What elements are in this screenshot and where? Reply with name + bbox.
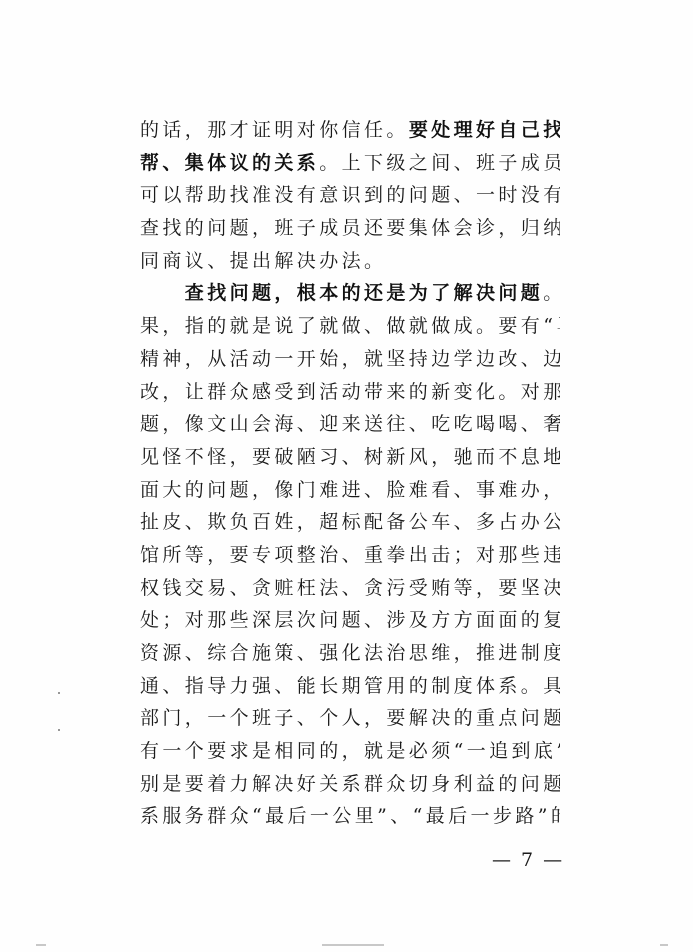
page-number: — 7 —: [492, 849, 564, 871]
text-segment: 改，让群众感受到活动带来的新变化。对那些习以为常的问: [140, 381, 560, 403]
text-segment: 馆所等，要专项整治、重拳出击；对那些违法乱纪问题，像: [140, 544, 560, 566]
text-line: 见怪不怪，要破陋习、树新风，驰而不息地改；对那些影响: [140, 441, 560, 474]
text-segment: 。上下级之间、班子成员之间知根知底，: [319, 152, 560, 174]
text-line: 别是要着力解决好关系群众切身利益的问题，着力解决好联: [140, 768, 560, 801]
text-line: 面大的问题，像门难进、脸难看、事难办，吃拿卡要、推诿: [140, 474, 560, 507]
text-segment: 系服务群众“最后一公里”、“最后一步路”的问题。活动: [140, 805, 560, 827]
text-segment: 。言必信、行必: [543, 282, 560, 304]
scan-artifact-mark: [322, 944, 384, 946]
text-segment: 资源、综合施策、强化法治思维，推进制度创新，建立行得: [140, 642, 560, 664]
bold-text-segment: 帮、集体议的关系: [140, 152, 319, 174]
text-line: 处；对那些深层次问题、涉及方方面面的复杂问题，要整合: [140, 604, 560, 637]
text-line: 改，让群众感受到活动带来的新变化。对那些习以为常的问: [140, 376, 560, 409]
text-segment: 查找的问题，班子成员还要集体会诊，归纳出几个方面，共: [140, 217, 560, 239]
text-line: 资源、综合施策、强化法治思维，推进制度创新，建立行得: [140, 637, 560, 670]
text-segment: 可以帮助找准没有意识到的问题、一时没有看清的问题。对: [140, 184, 560, 206]
text-line: 扯皮、欺负百姓，超标配备公车、多占办公用房、滥建楼堂: [140, 506, 560, 539]
scan-artifact-mark: [660, 944, 668, 946]
text-line: 帮、集体议的关系。上下级之间、班子成员之间知根知底，: [140, 147, 560, 180]
text-segment: 精神，从活动一开始，就坚持边学边改、边查边改、立行立: [140, 348, 560, 370]
text-line: 查找的问题，班子成员还要集体会诊，归纳出几个方面，共: [140, 212, 560, 245]
text-line: 通、指导力强、能长期管用的制度体系。具体到一个地方、: [140, 670, 560, 703]
text-segment: 见怪不怪，要破陋习、树新风，驰而不息地改；对那些影响: [140, 446, 560, 468]
text-segment: 面大的问题，像门难进、脸难看、事难办，吃拿卡要、推诿: [140, 479, 560, 501]
text-line: 查找问题，根本的还是为了解决问题。言必信、行必: [140, 277, 560, 310]
text-line: 部门，一个班子、个人，要解决的重点问题会有所不同，但: [140, 702, 560, 735]
text-line: 有一个要求是相同的，就是必须“一追到底”抓整改。特: [140, 735, 560, 768]
text-segment: 处；对那些深层次问题、涉及方方面面的复杂问题，要整合: [140, 609, 560, 631]
document-page: 的话，那才证明对你信任。要处理好自己找与上级点、互相帮、集体议的关系。上下级之间…: [0, 0, 693, 952]
text-line: 果，指的就是说了就做、做就做成。要有“马上就办”的: [140, 310, 560, 343]
body-text: 的话，那才证明对你信任。要处理好自己找与上级点、互相帮、集体议的关系。上下级之间…: [140, 114, 560, 833]
text-segment: 权钱交易、贪赃枉法、贪污受贿等，要坚决依法依纪严厉查: [140, 577, 560, 599]
text-segment: 果，指的就是说了就做、做就做成。要有“马上就办”的: [140, 315, 560, 337]
text-line: 馆所等，要专项整治、重拳出击；对那些违法乱纪问题，像: [140, 539, 560, 572]
scan-artifact-dot: [58, 692, 60, 694]
text-line: 权钱交易、贪赃枉法、贪污受贿等，要坚决依法依纪严厉查: [140, 572, 560, 605]
bold-text-segment: 要处理好自己找与上级点、互相: [409, 119, 560, 141]
text-segment: 别是要着力解决好关系群众切身利益的问题，着力解决好联: [140, 773, 560, 795]
text-segment: 同商议、提出解决办法。: [140, 250, 386, 272]
bold-text-segment: 查找问题，根本的还是为了解决问题: [140, 282, 543, 304]
text-segment: 扯皮、欺负百姓，超标配备公车、多占办公用房、滥建楼堂: [140, 511, 560, 533]
text-line: 的话，那才证明对你信任。要处理好自己找与上级点、互相: [140, 114, 560, 147]
text-line: 精神，从活动一开始，就坚持边学边改、边查边改、立行立: [140, 343, 560, 376]
text-segment: 有一个要求是相同的，就是必须“一追到底”抓整改。特: [140, 740, 560, 762]
text-line: 题，像文山会海、迎来送往、吃吃喝喝、奢侈浪费等，不能: [140, 408, 560, 441]
text-segment: 的话，那才证明对你信任。: [140, 119, 409, 141]
scan-artifact-mark: [36, 944, 46, 946]
text-segment: 题，像文山会海、迎来送往、吃吃喝喝、奢侈浪费等，不能: [140, 413, 560, 435]
text-line: 可以帮助找准没有意识到的问题、一时没有看清的问题。对: [140, 179, 560, 212]
text-line: 同商议、提出解决办法。: [140, 245, 560, 278]
text-line: 系服务群众“最后一公里”、“最后一步路”的问题。活动: [140, 800, 560, 833]
scan-artifact-dot: [58, 729, 60, 731]
text-segment: 通、指导力强、能长期管用的制度体系。具体到一个地方、: [140, 675, 560, 697]
text-segment: 部门，一个班子、个人，要解决的重点问题会有所不同，但: [140, 707, 560, 729]
